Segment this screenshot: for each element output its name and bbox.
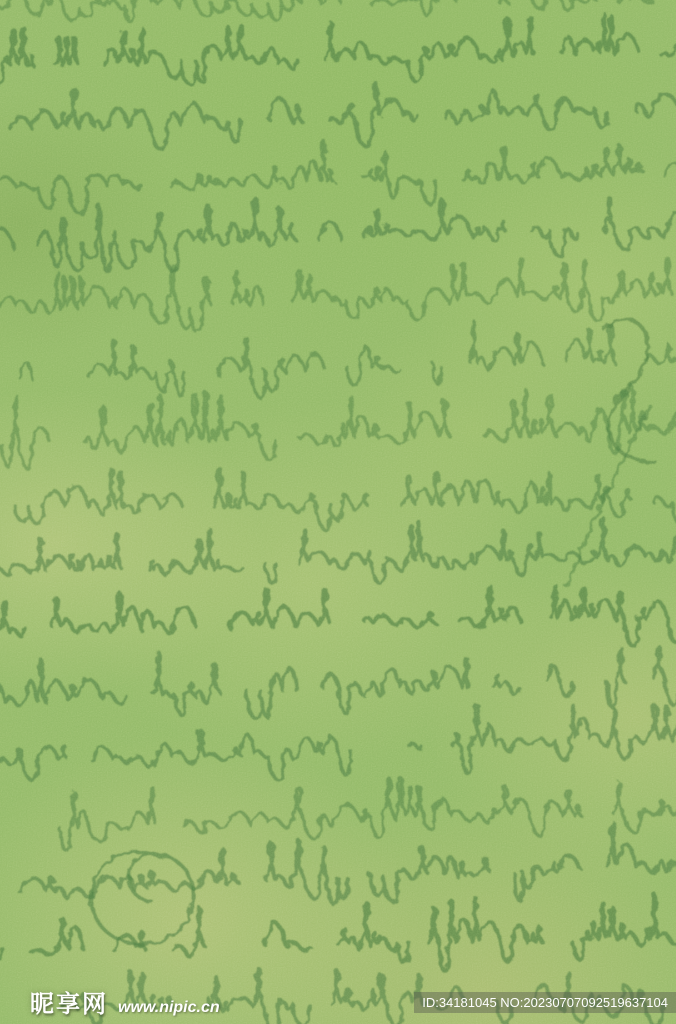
image-id-bar: ID:34181045 NO:20230707092519637104 [414,992,676,1013]
image-id-text: ID:34181045 NO:20230707092519637104 [422,995,668,1010]
handwriting-line [91,852,193,945]
handwriting-line [0,14,676,86]
handwriting-line [0,518,676,583]
handwriting-line [0,822,676,904]
nipic-watermark-logo: 昵享网 www.nipic.cn [30,993,220,1017]
handwriting-line [0,894,676,971]
handwriting-line [0,0,676,22]
handwriting-line [20,321,676,397]
watermark-site-name: 昵享网 [30,993,108,1017]
handwriting-line [0,467,676,531]
handwriting-line [0,141,676,214]
stock-photo-watermarked: 昵享网 www.nipic.cn ID:34181045 NO:20230707… [0,0,676,1024]
handwriting-line [0,387,676,468]
handwriting-line [0,198,676,271]
watermark-site-url: www.nipic.cn [118,1000,220,1016]
handwriting-line [0,585,676,646]
handwriting-line [60,778,676,851]
handwriting-line [10,84,676,150]
handwriting-line [0,258,676,333]
handwriting-line [0,704,676,779]
handwriting-texture [0,0,676,1024]
